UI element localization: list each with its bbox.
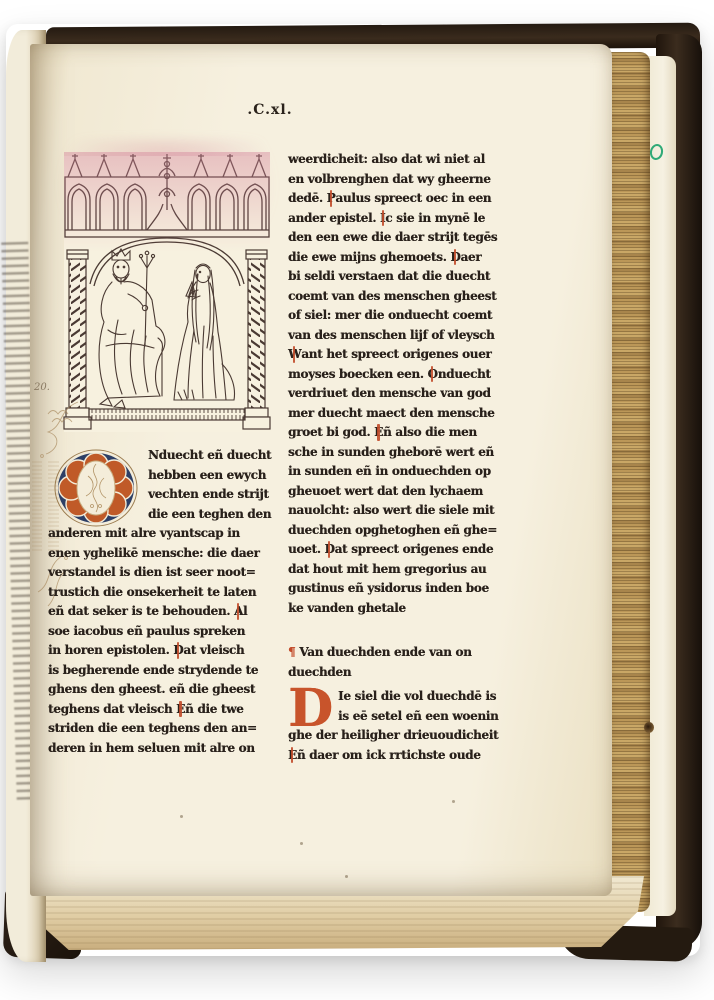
right-column-text: weerdicheit: also dat wi niet alen volbr… xyxy=(288,150,516,765)
text-line: mer duecht maect den mensche xyxy=(288,404,516,424)
text-line: ghens den gheest. eñ die gheest xyxy=(48,680,280,700)
text-line: nauolcht: also wert die siele mit xyxy=(288,501,516,521)
red-initial-d: D xyxy=(288,687,334,727)
text-line: ke vanden ghetale xyxy=(288,599,516,619)
text-line: den een ewe die daer strijt tegēs xyxy=(288,228,516,248)
text-line: verdriuet den mensche van god xyxy=(288,384,516,404)
right-column-lines: weerdicheit: also dat wi niet alen volbr… xyxy=(288,150,516,618)
text-line: en volbrenghen dat wy gheerne xyxy=(288,170,516,190)
text-line: bi seldi verstaen dat die duecht xyxy=(288,267,516,287)
text-line: teghens dat vleisch Eñ die twe xyxy=(48,700,280,720)
text-line: van des menschen lijf of vleysch xyxy=(288,326,516,346)
final-paragraph: D Ie siel die vol duechdē isis eē setel … xyxy=(288,687,516,765)
photo-background: .C.xl. xyxy=(0,0,714,1000)
woodcut-image xyxy=(62,150,272,440)
text-line: ander epistel. Ic sie in mynē le xyxy=(288,209,516,229)
text-line: coemt van des menschen gheest xyxy=(288,287,516,307)
text-line: duechden opghetoghen eñ ghe= xyxy=(288,521,516,541)
text-line: verstandel is dien ist seer noot= xyxy=(48,563,280,583)
text-line: Want het spreect origenes ouer xyxy=(288,345,516,365)
text-line: deren in hem seluen mit alre on xyxy=(48,739,280,759)
text-line: eñ dat seker is te behouden. Al xyxy=(48,602,280,622)
text-line: in sunden eñ in onduechden op xyxy=(288,462,516,482)
text-line: Eñ daer om ick rrtichste oude xyxy=(288,746,516,766)
text-line: soe iacobus eñ paulus spreken xyxy=(48,622,280,642)
left-column-text: O Nduecht eñ duechthebben een ewychvecht… xyxy=(48,446,280,758)
text-line: die ewe mijns ghemoets. Daer xyxy=(288,248,516,268)
text-line: dat hout mit hem gregorius au xyxy=(288,560,516,580)
decorated-initial-o: O xyxy=(50,448,142,528)
text-line: gheuoet wert dat den lychaem xyxy=(288,482,516,502)
text-line: uoet. Dat spreect origenes ende xyxy=(288,540,516,560)
ink-speck xyxy=(180,815,183,818)
text-line: of siel: mer die onduecht coemt xyxy=(288,306,516,326)
chapter-heading: ¶ Van duechden ende van onduechden xyxy=(288,643,516,682)
text-line: in horen epistolen. Dat vleisch xyxy=(48,641,280,661)
initial-o-art xyxy=(50,448,142,528)
margin-folio-number: 20. xyxy=(34,382,50,393)
text-line: striden die een teghens den an= xyxy=(48,719,280,739)
text-line: sche in sunden gheborē wert eñ xyxy=(288,443,516,463)
text-line: weerdicheit: also dat wi niet al xyxy=(288,150,516,170)
fore-edge-page-stack xyxy=(606,52,650,912)
text-line: groet bi god. Eñ also die men xyxy=(288,423,516,443)
text-line: dedē. Paulus spreect oec in een xyxy=(288,189,516,209)
woodcut-illustration xyxy=(62,150,272,440)
text-line: is begherende ende strydende te xyxy=(48,661,280,681)
text-line: moyses boecken een. Onduecht xyxy=(288,365,516,385)
text-line: enen yghelikē mensche: die daer xyxy=(48,544,280,564)
manuscript-page: .C.xl. xyxy=(30,44,612,896)
ink-speck xyxy=(452,800,455,803)
folio-header: .C.xl. xyxy=(200,102,340,118)
ink-speck xyxy=(345,875,348,878)
text-line: trustich die onsekerheit te laten xyxy=(48,583,280,603)
wormhole-dot xyxy=(644,722,654,733)
text-line: gustinus eñ ysidorus inden boe xyxy=(288,579,516,599)
ink-speck xyxy=(300,842,303,845)
text-line: ¶ Van duechden ende van on xyxy=(288,643,516,663)
